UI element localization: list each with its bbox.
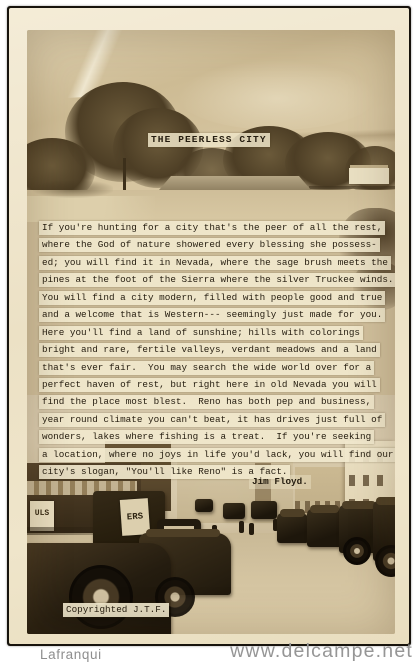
typed-text-line: year round climate you can't beat, it ha… xyxy=(39,413,385,427)
typed-line-row: If you're hunting for a city that's the … xyxy=(39,217,393,234)
pedestrian xyxy=(239,521,244,533)
typed-text-line: You will find a city modern, filled with… xyxy=(39,291,385,305)
typed-line-row: ed; you will find it in Nevada, where th… xyxy=(39,252,393,269)
typed-line-row: You will find a city modern, filled with… xyxy=(39,287,393,304)
postcard: THE PEERLESS CITY xyxy=(7,6,411,646)
typed-line-row: find the place most blest. Reno has both… xyxy=(39,391,393,408)
typed-text-line: where the God of nature showered every b… xyxy=(39,238,380,252)
distant-car xyxy=(251,501,277,519)
car-roof xyxy=(280,509,306,517)
pedestrian xyxy=(249,523,254,535)
car-roof xyxy=(376,497,395,505)
typed-line-row: city's slogan, "You'll like Reno" is a f… xyxy=(39,461,393,478)
typed-text-line: pines at the foot of the Sierra where th… xyxy=(39,273,395,287)
typed-text-line: that's ever fair. You may search the wid… xyxy=(39,361,374,375)
typed-text-line: perfect haven of rest, but right here in… xyxy=(39,378,380,392)
fence xyxy=(309,186,395,189)
river-landscape xyxy=(27,30,395,222)
typed-text-line: bright and rare, fertile valleys, verdan… xyxy=(39,343,380,357)
car-roof xyxy=(342,501,376,509)
photo-caption-strip: THE PEERLESS CITY xyxy=(148,129,270,147)
typed-line-row: and a welcome that is Western--- seeming… xyxy=(39,304,393,321)
car-wheel xyxy=(69,565,133,629)
typed-message: If you're hunting for a city that's the … xyxy=(39,217,393,479)
photo-caption: THE PEERLESS CITY xyxy=(148,133,270,147)
copyright-wrap: Copyrighted J.T.F. xyxy=(63,599,169,617)
car-wheel xyxy=(343,537,371,565)
typed-line-row: pines at the foot of the Sierra where th… xyxy=(39,269,393,286)
site-watermark: www.delcampe.net xyxy=(230,640,413,663)
parked-car-right xyxy=(307,509,343,547)
postcard-margin: THE PEERLESS CITY xyxy=(9,8,409,644)
typed-text-line: wonders, lakes where fishing is a treat.… xyxy=(39,430,374,444)
signature: Jim Floyd. xyxy=(249,475,311,489)
distant-car xyxy=(195,499,213,512)
typed-text-line: If you're hunting for a city that's the … xyxy=(39,221,385,235)
car-roof xyxy=(310,505,339,513)
typed-line-row: that's ever fair. You may search the wid… xyxy=(39,357,393,374)
house xyxy=(349,168,389,184)
seller-watermark: Lafranqui xyxy=(40,647,102,662)
tree-trunk xyxy=(123,158,126,194)
bush xyxy=(33,180,113,198)
copyright-notice: Copyrighted J.T.F. xyxy=(63,603,169,617)
typed-line-row: year round climate you can't beat, it ha… xyxy=(39,409,393,426)
parked-car-right xyxy=(277,513,309,543)
typed-line-row: Here you'll find a land of sunshine; hil… xyxy=(39,322,393,339)
typed-text-line: ed; you will find it in Nevada, where th… xyxy=(39,256,391,270)
typed-line-row: bright and rare, fertile valleys, verdan… xyxy=(39,339,393,356)
typed-text-line: and a welcome that is Western--- seeming… xyxy=(39,308,385,322)
signature-wrap: Jim Floyd. xyxy=(249,471,311,489)
typed-line-row: where the God of nature showered every b… xyxy=(39,234,393,251)
page: { "watermarks": { "seller_name": "Lafran… xyxy=(0,0,420,668)
cloud xyxy=(177,60,377,130)
typed-text-line: a location, where no joys in life you'd … xyxy=(39,448,395,462)
typed-text-line: Here you'll find a land of sunshine; hil… xyxy=(39,326,363,340)
typed-line-row: perfect haven of rest, but right here in… xyxy=(39,374,393,391)
distant-car xyxy=(223,503,245,519)
typed-line-row: wonders, lakes where fishing is a treat.… xyxy=(39,426,393,443)
typed-line-row: a location, where no joys in life you'd … xyxy=(39,444,393,461)
postcard-photo: THE PEERLESS CITY xyxy=(27,30,395,634)
typed-text-line: find the place most blest. Reno has both… xyxy=(39,395,374,409)
car-roof xyxy=(146,529,220,537)
